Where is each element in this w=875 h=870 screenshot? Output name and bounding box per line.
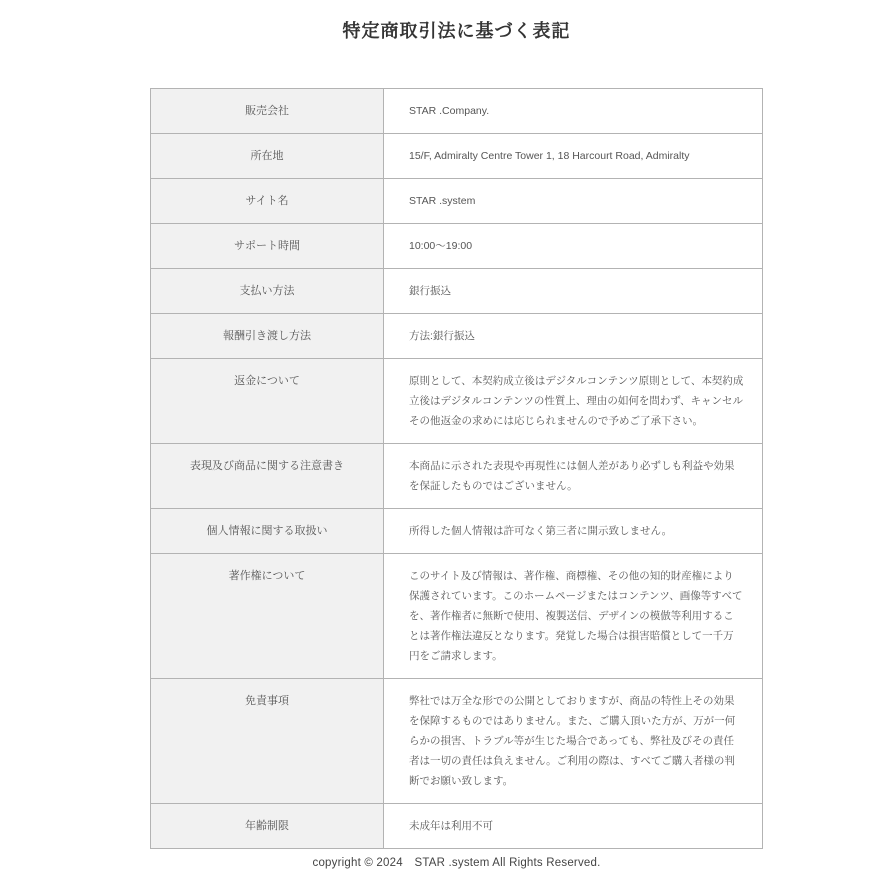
table-row: 返金について 原則として、本契約成立後はデジタルコンテンツ原則として、本契約成立… (151, 359, 763, 444)
table-row: 表現及び商品に関する注意書き 本商品に示された表現や再現性には個人差があり必ずし… (151, 444, 763, 509)
row-value: 弊社では万全な形での公開としておりますが、商品の特性上その効果を保障するものでは… (384, 679, 763, 804)
table-row: 年齢制限 未成年は利用不可 (151, 804, 763, 849)
row-value: 銀行振込 (384, 269, 763, 314)
table-row: 個人情報に関する取扱い 所得した個人情報は許可なく第三者に開示致しません。 (151, 509, 763, 554)
row-value: STAR .system (384, 179, 763, 224)
row-label: 表現及び商品に関する注意書き (151, 444, 384, 509)
row-label: サポート時間 (151, 224, 384, 269)
copyright-footer: copyright © 2024 STAR .system All Rights… (150, 854, 763, 870)
content-wrapper: 特定商取引法に基づく表記 販売会社 STAR .Company. 所在地 15/… (150, 20, 763, 870)
row-value: このサイト及び情報は、著作権、商標権、その他の知的財産権により保護されています。… (384, 554, 763, 679)
table-row: 報酬引き渡し方法 方法:銀行振込 (151, 314, 763, 359)
row-label: 個人情報に関する取扱い (151, 509, 384, 554)
legal-notice-table: 販売会社 STAR .Company. 所在地 15/F, Admiralty … (150, 88, 763, 849)
row-label: サイト名 (151, 179, 384, 224)
page-title: 特定商取引法に基づく表記 (150, 20, 763, 42)
table-row: 免責事項 弊社では万全な形での公開としておりますが、商品の特性上その効果を保障す… (151, 679, 763, 804)
row-value: 15/F, Admiralty Centre Tower 1, 18 Harco… (384, 134, 763, 179)
table-row: 所在地 15/F, Admiralty Centre Tower 1, 18 H… (151, 134, 763, 179)
row-value: 10:00〜19:00 (384, 224, 763, 269)
row-label: 支払い方法 (151, 269, 384, 314)
row-value: 本商品に示された表現や再現性には個人差があり必ずしも利益や効果を保証したものでは… (384, 444, 763, 509)
row-label: 販売会社 (151, 89, 384, 134)
table-row: サポート時間 10:00〜19:00 (151, 224, 763, 269)
row-label: 報酬引き渡し方法 (151, 314, 384, 359)
table-row: 販売会社 STAR .Company. (151, 89, 763, 134)
table-row: 支払い方法 銀行振込 (151, 269, 763, 314)
row-value: STAR .Company. (384, 89, 763, 134)
row-value: 所得した個人情報は許可なく第三者に開示致しません。 (384, 509, 763, 554)
table-row: 著作権について このサイト及び情報は、著作権、商標権、その他の知的財産権により保… (151, 554, 763, 679)
row-label: 所在地 (151, 134, 384, 179)
row-value: 原則として、本契約成立後はデジタルコンテンツ原則として、本契約成立後はデジタルコ… (384, 359, 763, 444)
row-value: 方法:銀行振込 (384, 314, 763, 359)
row-label: 年齢制限 (151, 804, 384, 849)
row-label: 著作権について (151, 554, 384, 679)
row-label: 免責事項 (151, 679, 384, 804)
table-row: サイト名 STAR .system (151, 179, 763, 224)
row-label: 返金について (151, 359, 384, 444)
row-value: 未成年は利用不可 (384, 804, 763, 849)
